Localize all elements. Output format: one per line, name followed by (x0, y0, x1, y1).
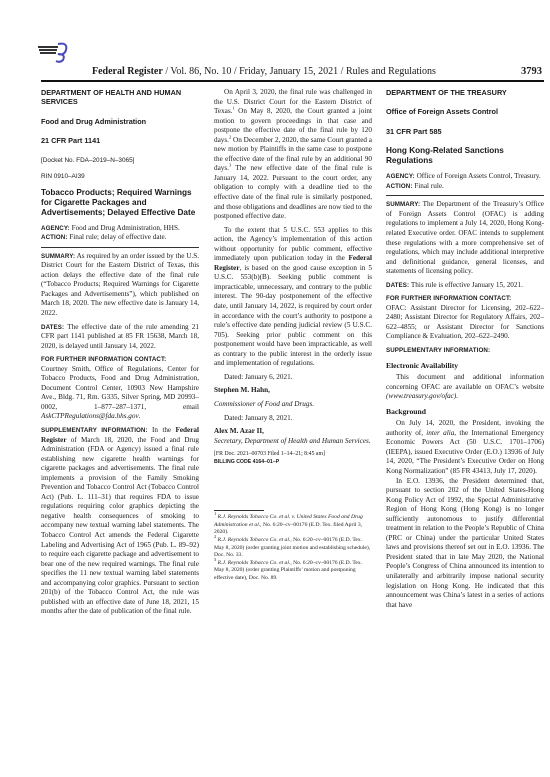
body-paragraph: This document and additional information… (386, 373, 544, 402)
body-paragraph: In E.O. 13936, the President determined … (386, 477, 544, 611)
running-title: Federal Register / Vol. 86, No. 10 / Fri… (92, 66, 436, 77)
website-link[interactable]: (www.treasury.gov/ofac). (386, 392, 458, 400)
supplementary-label: SUPPLEMENTARY INFORMATION: (386, 346, 544, 356)
cfr-heading: 21 CFR Part 1141 (41, 136, 199, 145)
header-rule (41, 80, 544, 82)
body-paragraph: On July 14, 2020, the President, invokin… (386, 419, 544, 476)
department-heading: DEPARTMENT OF HEALTH AND HUMAN SERVICES (41, 88, 199, 107)
dated-line: Dated: January 8, 2021. (214, 414, 372, 424)
signer-title: Secretary, Department of Health and Huma… (214, 437, 372, 447)
docket-number: [Docket No. FDA–2019–N–3065] (41, 156, 199, 165)
rule-title: Hong Kong-Related Sanctions Regulations (386, 146, 544, 166)
federal-register-logo-icon (36, 38, 72, 64)
rule-title: Tobacco Products; Required Warnings for … (41, 188, 199, 218)
agency-line: AGENCY: Office of Foreign Assets Control… (386, 172, 544, 182)
signer-name: Stephen M. Hahn, (214, 386, 372, 396)
signer-title: Commissioner of Food and Drugs. (214, 400, 372, 410)
action-line: ACTION: Final rule; delay of effective d… (41, 233, 199, 243)
email-link[interactable]: AskCTPRegulations@fda.hhs.gov (41, 412, 139, 420)
summary-paragraph: SUMMARY: The Department of the Treasury’… (386, 200, 544, 276)
agency-line: AGENCY: Food and Drug Administration, HH… (41, 224, 199, 234)
department-heading: DEPARTMENT OF THE TREASURY (386, 88, 544, 97)
action-line: ACTION: Final rule. (386, 182, 544, 192)
supplementary-paragraph: SUPPLEMENTARY INFORMATION: In the Federa… (41, 426, 199, 617)
column-3: DEPARTMENT OF THE TREASURY Office of For… (386, 88, 544, 610)
dates-paragraph: DATES: This rule is effective January 15… (386, 281, 544, 291)
fr-doc-line: [FR Doc. 2021–00703 Filed 1–14–21; 8:45 … (214, 450, 372, 458)
body-paragraph: On April 3, 2020, the final rule was cha… (214, 88, 372, 222)
page-number: 3793 (521, 66, 542, 77)
signer-name: Alex M. Azar II, (214, 427, 372, 437)
dated-line: Dated: January 6, 2021. (214, 373, 372, 383)
footnote: 1 R.J. Reynolds Tobacco Co. et al. v. Un… (214, 514, 372, 537)
agency-heading: Office of Foreign Assets Control (386, 107, 544, 116)
section-heading-background: Background (386, 407, 544, 417)
contact-paragraph: FOR FURTHER INFORMATION CONTACT:OFAC: As… (386, 294, 544, 342)
body-paragraph: To the extent that 5 U.S.C. 553 applies … (214, 226, 372, 369)
section-divider (386, 195, 544, 196)
section-divider (41, 247, 199, 248)
column-1: DEPARTMENT OF HEALTH AND HUMAN SERVICES … (41, 88, 199, 617)
cfr-heading: 31 CFR Part 585 (386, 127, 544, 136)
section-heading-electronic: Electronic Availability (386, 361, 544, 371)
footnote: 2 R.J. Reynolds Tobacco Co. et al., No. … (214, 537, 372, 560)
dates-paragraph: DATES: The effective date of the rule am… (41, 323, 199, 352)
footnote-divider (214, 510, 264, 511)
billing-code: BILLING CODE 4164–01–P (214, 458, 372, 466)
summary-paragraph: SUMMARY: As required by an order issued … (41, 252, 199, 319)
agency-heading: Food and Drug Administration (41, 117, 199, 126)
contact-paragraph: FOR FURTHER INFORMATION CONTACT:Courtney… (41, 355, 199, 422)
column-2: On April 3, 2020, the final rule was cha… (214, 88, 372, 582)
footnote: 3 R.J. Reynolds Tobacco Co. et al., No. … (214, 560, 372, 583)
rin-number: RIN 0910–AI39 (41, 172, 199, 181)
